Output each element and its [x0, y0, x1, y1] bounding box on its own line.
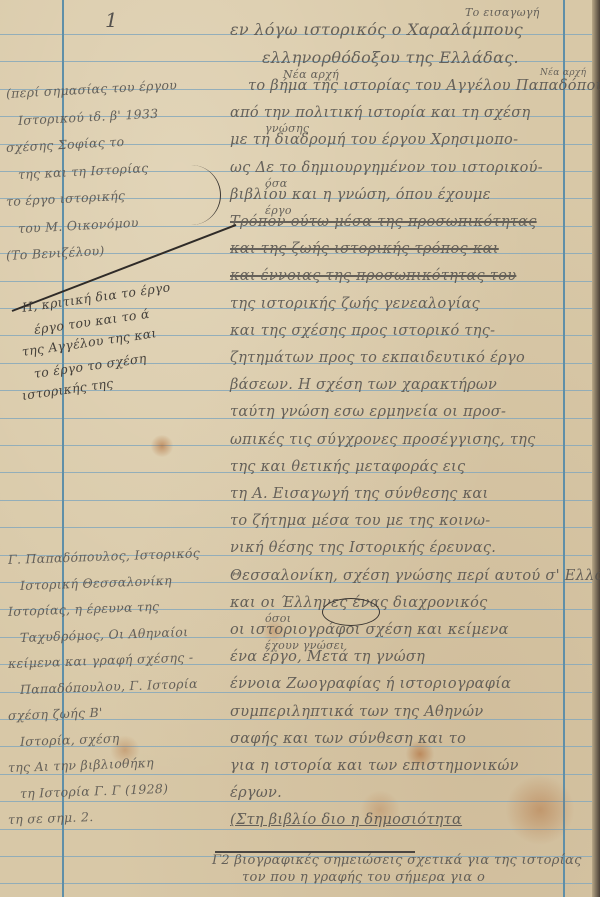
margin-note-line: Ιστορίας, η έρευνα της: [8, 599, 160, 619]
manuscript-line: Θεσσαλονίκη, σχέση γνώσης περί αυτού σ' …: [230, 568, 565, 584]
ruled-line: [0, 774, 600, 775]
manuscript-line: ως Δε το δημιουργημένον του ιστορικού-: [230, 160, 543, 176]
page-number: 1: [105, 8, 118, 32]
margin-note-line: τη Ιστορία Γ. Γ (1928): [20, 781, 169, 801]
manuscript-line: νική θέσης της Ιστορικής έρευνας.: [230, 540, 496, 556]
manuscript-line: συμπεριληπτικά των της Αθηνών: [230, 704, 483, 720]
manuscript-line: και της σχέσης προς ιστορικό της-: [230, 323, 495, 339]
interlinear-note: όσοι: [265, 612, 291, 625]
margin-note-line: της και τη Ιστορίας: [18, 160, 149, 182]
margin-note-line: Παπαδόπουλου, Γ. Ιστορία: [20, 676, 198, 697]
manuscript-line: ωπικές τις σύγχρονες προσέγγισης, της: [230, 432, 536, 448]
margin-note-line: Ιστορική Θεσσαλονίκη: [20, 573, 172, 593]
header-line-1: εν λόγω ιστορικός ο Χαραλάμπους: [230, 20, 523, 39]
margin-note-line: το έργο ιστορικής: [6, 188, 126, 209]
manuscript-line: ζητημάτων προς το εκπαιδευτικό έργο: [230, 350, 525, 366]
margin-note-line: Ταχυδρόμος, Οι Αθηναίοι: [20, 624, 189, 645]
margin-note-line: (περί σημασίας του έργου: [6, 77, 178, 101]
footnote-line-2: τον που η γραφής του σήμερα για ο: [242, 870, 485, 885]
interlinear-note: Νέα αρχή: [283, 68, 339, 81]
page-edge: [592, 0, 600, 897]
manuscript-line: και έννοιας της προσωπικότητας του: [230, 268, 516, 284]
margin-note-line: σχέση ζωής Β': [8, 705, 103, 723]
manuscript-line: και της ζωής ιστορικής τρόπος και: [230, 241, 499, 257]
manuscript-line: ταύτη γνώση εσω ερμηνεία οι προσ-: [230, 404, 506, 420]
margin-note-line: κείμενα και γραφή σχέσης -: [8, 650, 194, 671]
manuscript-line: της ιστορικής ζωής γενεαλογίας: [230, 296, 480, 312]
manuscript-line: έννοια Ζωογραφίας ή ιστοριογραφία: [230, 676, 511, 692]
manuscript-line: έργων.: [230, 785, 282, 801]
margin-note-line: τη σε σημ. 2.: [8, 809, 94, 827]
margin-note-line: Γ. Παπαδόπουλος, Ιστορικός: [8, 545, 201, 567]
manuscript-page: 1 Το εισαγωγή εν λόγω ιστορικός ο Χαραλά…: [0, 0, 600, 897]
interlinear-note: όσα: [265, 177, 287, 190]
margin-note-line: του Μ. Οικονόμου: [18, 215, 139, 236]
circled-word-mark: [322, 598, 380, 626]
margin-note-line: Ιστορικού ιδ. β' 1933: [18, 106, 159, 128]
manuscript-line: βάσεων. Η σχέση των χαρακτήρων: [230, 377, 497, 393]
margin-note-line: σχέσης Σοφίας το: [6, 134, 125, 155]
margin-note-line: (Το Βενιζέλου): [6, 243, 105, 263]
right-margin-line: [563, 0, 565, 897]
interlinear-note: γνώσης: [265, 122, 309, 135]
bracket-mark: [175, 165, 221, 225]
stain: [505, 775, 575, 845]
manuscript-line: της και θετικής μεταφοράς εις: [230, 459, 465, 475]
interlinear-note: έχουν γνώσει: [265, 639, 345, 652]
interlinear-note: έργο: [265, 204, 292, 217]
manuscript-line: σαφής και των σύνθεση και το: [230, 731, 466, 747]
footnote-line-1: Γ2 βιογραφικές σημειώσεις σχετικά για τη…: [212, 853, 582, 868]
header-insert: Το εισαγωγή: [465, 6, 540, 19]
manuscript-line: τη Α. Εισαγωγή της σύνθεσης και: [230, 486, 489, 502]
corner-note: Νέα αρχή: [540, 68, 586, 78]
stain: [150, 435, 174, 457]
manuscript-line: από την πολιτική ιστορία και τη σχέση: [230, 105, 530, 121]
manuscript-line: το ζήτημα μέσα του με της κοινω-: [230, 513, 490, 529]
header-line-2: ελληνορθόδοξου της Ελλάδας.: [262, 48, 519, 67]
margin-note-line: της Αι την βιβλιοθήκη: [8, 755, 154, 775]
manuscript-line: για η ιστορία και των επιστημονικών: [230, 758, 519, 774]
manuscript-line: (Στη βιβλίο διο η δημοσιότητα: [230, 812, 462, 828]
